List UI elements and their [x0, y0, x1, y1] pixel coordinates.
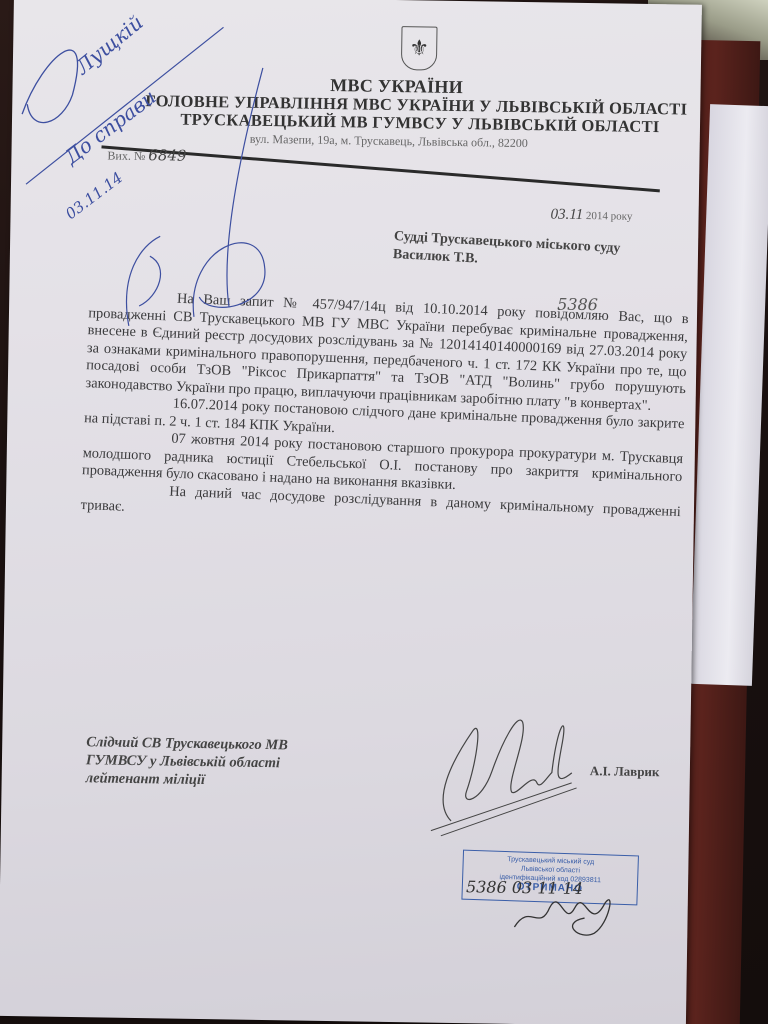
letter-page: ⚜ МВС УКРАЇНИ ГОЛОВНЕ УПРАВЛІННЯ МВС УКР…: [0, 0, 702, 1024]
resolution-line-1: Лущкій: [70, 10, 148, 79]
addressee: Судді Трускавецького міського суду Васил…: [392, 228, 620, 276]
date-handwritten: 03.11: [550, 206, 583, 223]
signer-rank: лейтенант міліції: [86, 769, 288, 790]
resolution-line-3: 03.11.14: [62, 168, 126, 223]
signature-block: Слідчий СВ Трускавецького МВ ГУМВСУ у Ль…: [86, 733, 288, 790]
resolution-line-2: До справи: [59, 85, 160, 170]
handwritten-signature: [421, 701, 583, 843]
handwritten-resolution: Лущкій До справи 03.11.14: [9, 0, 314, 339]
trident-crest-icon: ⚜: [401, 26, 438, 71]
letter-date: 03.11 2014 року: [550, 206, 632, 224]
date-suffix: 2014 року: [586, 210, 633, 223]
stamp-signature: [509, 882, 620, 944]
signer-name: А.І. Лаврик: [590, 763, 660, 780]
